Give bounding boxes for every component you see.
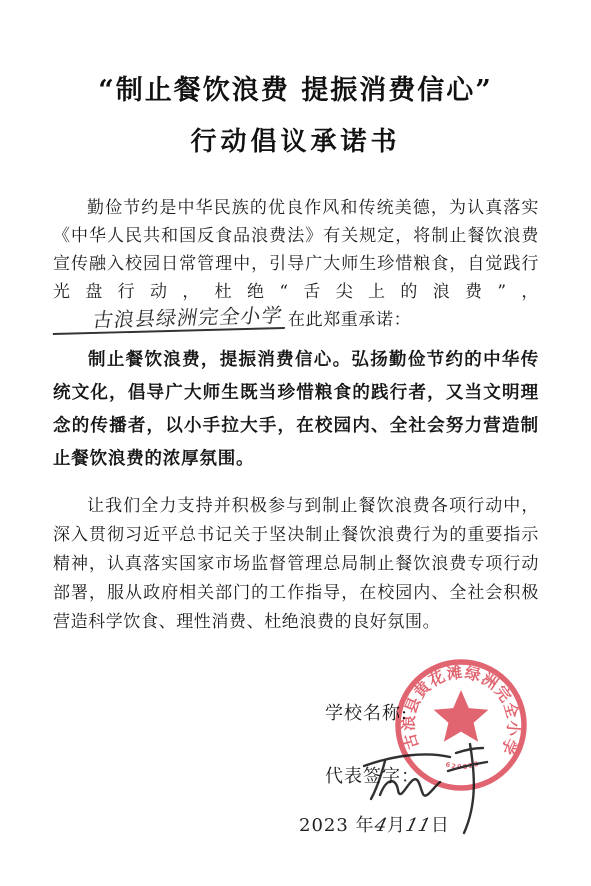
paragraph-intro: 勤俭节约是中华民族的优良作风和传统美德，为认真落实《中华人民共和国反食品浪费法》… <box>53 194 539 334</box>
document-title-line2: 行动倡议承诺书 <box>0 121 591 158</box>
paragraph-intro-tail: 在此郑重承诺： <box>288 310 411 330</box>
school-name-handwritten: 古浪县绿洲完全小学 <box>53 305 289 335</box>
representative-signature-scribble <box>352 736 522 836</box>
paragraph-action: 让我们全力支持并积极参与到制止餐饮浪费各项行动中，深入贯彻习近平总书记关于坚决制… <box>53 492 539 637</box>
paragraph-intro-text: 勤俭节约是中华民族的优良作风和传统美德，为认真落实《中华人民共和国反食品浪费法》… <box>53 198 539 302</box>
document-title-line1: “制止餐饮浪费 提振消费信心” <box>0 68 591 107</box>
seal-star-icon <box>434 690 489 742</box>
document-page: “制止餐饮浪费 提振消费信心” 行动倡议承诺书 勤俭节约是中华民族的优良作风和传… <box>0 0 591 886</box>
paragraph-pledge: 制止餐饮浪费，提振消费信心。弘扬勤俭节约的中华传统文化，倡导广大师生既当珍惜粮食… <box>53 344 539 476</box>
